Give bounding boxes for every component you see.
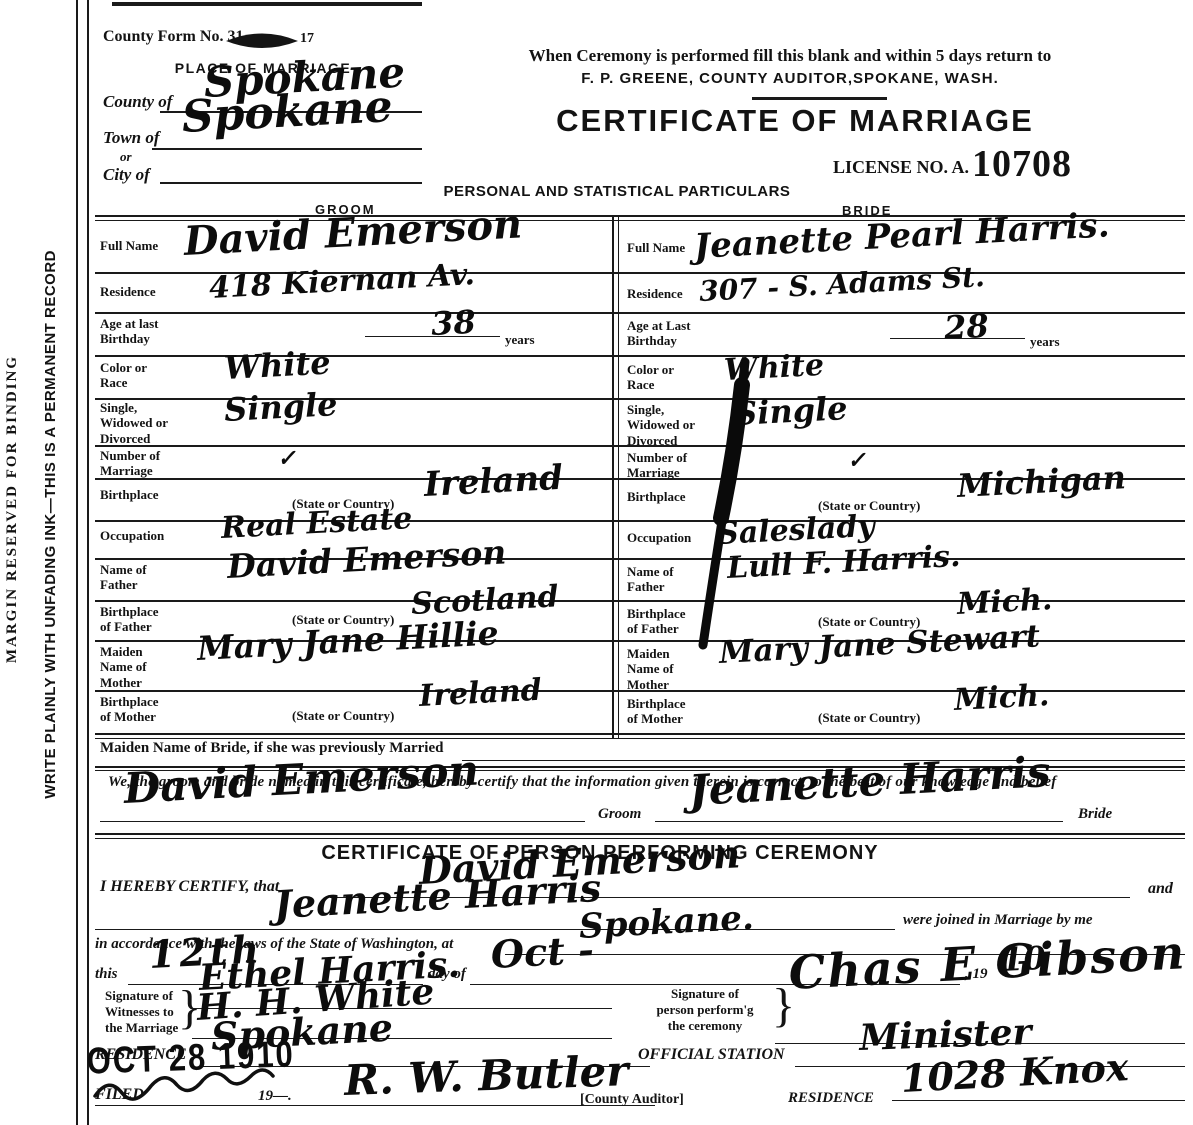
- or-label: or: [120, 149, 132, 165]
- bride-marital-value: Single: [733, 392, 848, 430]
- town-line: [152, 148, 422, 150]
- certificate-title: CERTIFICATE OF MARRIAGE: [545, 103, 1045, 139]
- ceremony-place-value: Spokane.: [578, 901, 754, 944]
- ceremony-bride-name: Jeanette Harris: [273, 869, 602, 924]
- groom-age-label: Age at last Birthday: [100, 316, 172, 347]
- return-instruction: When Ceremony is performed fill this bla…: [490, 46, 1090, 66]
- city-line: [160, 182, 422, 184]
- groom-father-birthplace-label: Birthplace of Father: [100, 604, 172, 635]
- groom-signature-label: Groom: [598, 806, 641, 823]
- section-rule-2a: [95, 833, 1185, 835]
- bride-mother-birthplace-note: (State or Country): [818, 710, 920, 726]
- bride-mother-label: Maiden Name of Mother: [627, 646, 689, 692]
- bride-birthplace-value: Michigan: [956, 461, 1126, 502]
- bride-father-value: Lull F. Harris.: [726, 542, 961, 584]
- bride-age-label: Age at Last Birthday: [627, 318, 699, 349]
- bride-birthplace-label: Birthplace: [627, 489, 699, 504]
- license-number: 10708: [972, 142, 1072, 186]
- groom-race-value: White: [223, 346, 331, 384]
- town-of-value-handwriting: Spokane: [181, 85, 394, 140]
- bride-father-label: Name of Father: [627, 564, 699, 595]
- filed-label: FILED: [95, 1086, 144, 1104]
- groom-birthplace-label: Birthplace: [100, 487, 172, 502]
- bride-marriage-number-label: Number of Marriage: [627, 450, 699, 481]
- performer-label-line1: Signature of: [640, 986, 770, 1001]
- performer-label-line3: the ceremony: [640, 1018, 770, 1033]
- groom-marriage-number-label: Number of Marriage: [100, 448, 172, 479]
- marriage-certificate-scan: MARGIN RESERVED FOR BINDING WRITE PLAINL…: [0, 0, 1193, 1125]
- address-underline: [752, 97, 887, 100]
- groom-mother-birthplace-value: Ireland: [418, 676, 542, 712]
- groom-father-label: Name of Father: [100, 562, 172, 593]
- groom-marital-label: Single, Widowed or Divorced: [100, 400, 172, 446]
- groom-mother-birthplace-label: Birthplace of Mother: [100, 694, 172, 725]
- groom-marriage-number-check: ✓: [277, 447, 297, 470]
- groom-age-value: 38: [430, 306, 476, 340]
- official-station-label: OFFICIAL STATION: [638, 1046, 785, 1064]
- auditor-address: F. P. GREENE, COUNTY AUDITOR,SPOKANE, WA…: [490, 70, 1090, 87]
- bride-age-line: [890, 338, 1025, 339]
- bride-mother-value: Mary Jane Stewart: [718, 621, 1040, 669]
- bride-mother-birthplace-value: Mich.: [953, 681, 1050, 716]
- town-of-label: Town of: [103, 128, 160, 148]
- groom-full-name-label: Full Name: [100, 238, 172, 253]
- filed-date-stamp: OCT 28 1910: [86, 1033, 295, 1083]
- groom-marital-value: Single: [223, 388, 338, 426]
- performer-residence-line: [892, 1100, 1185, 1101]
- groom-mother-value: Mary Jane Hillie: [196, 616, 499, 665]
- bride-father-birthplace-label: Birthplace of Father: [627, 606, 699, 637]
- bride-race-label: Color or Race: [627, 362, 687, 393]
- groom-signature: David Emerson: [123, 749, 480, 810]
- bride-race-value: White: [723, 351, 824, 386]
- groom-age-line: [365, 336, 500, 337]
- groom-mother-label: Maiden Name of Mother: [100, 644, 162, 690]
- joined-label: were joined in Marriage by me: [903, 912, 1093, 929]
- form-number: County Form No. 31: [103, 28, 243, 46]
- groom-full-name-value: David Emerson: [183, 204, 523, 262]
- city-of-label: City of: [103, 165, 150, 185]
- bride-signature-label: Bride: [1078, 806, 1112, 823]
- county-auditor-label: [County Auditor]: [580, 1092, 684, 1108]
- groom-birthplace-value: Ireland: [423, 461, 563, 502]
- margin-ink-warning-text: WRITE PLAINLY WITH UNFADING INK—THIS IS …: [42, 250, 59, 799]
- performer-residence-value: 1028 Knox: [900, 1048, 1129, 1098]
- binding-margin-rule-outer: [76, 0, 78, 1125]
- witness-label-line1: Signature of: [105, 988, 173, 1003]
- groom-years-unit: years: [505, 332, 535, 348]
- filed-line: [95, 1105, 655, 1106]
- this-label: this: [95, 966, 118, 983]
- groom-race-label: Color or Race: [100, 360, 172, 391]
- bride-father-birthplace-value: Mich.: [956, 585, 1053, 620]
- bride-full-name-label: Full Name: [627, 240, 699, 255]
- margin-binding-text: MARGIN RESERVED FOR BINDING: [4, 355, 21, 663]
- performer-label-line2: person perform'g: [640, 1002, 770, 1017]
- bride-residence-label: Residence: [627, 286, 699, 301]
- witness-label-line2: Witnesses to: [105, 1004, 174, 1019]
- bride-marriage-number-check: ✓: [847, 449, 867, 472]
- bride-mother-birthplace-label: Birthplace of Mother: [627, 696, 699, 727]
- table-bottom-rule-1: [95, 733, 1185, 735]
- bride-years-unit: years: [1030, 334, 1060, 350]
- performer-residence-label: RESIDENCE: [788, 1090, 874, 1107]
- groom-occupation-label: Occupation: [100, 528, 172, 543]
- groom-signature-line: [100, 821, 585, 822]
- bride-marital-label: Single, Widowed or Divorced: [627, 402, 699, 448]
- binding-margin-rule-inner: [87, 0, 89, 1125]
- county-of-label: County of: [103, 92, 172, 112]
- particulars-heading: PERSONAL AND STATISTICAL PARTICULARS: [417, 183, 817, 200]
- bride-residence-value: 307 - S. Adams St.: [699, 263, 986, 306]
- column-divider-2: [618, 215, 619, 738]
- witness-label-line3: the Marriage: [105, 1020, 178, 1035]
- stamp-number: 17: [300, 31, 314, 47]
- and-label: and: [1148, 880, 1173, 898]
- groom-residence-label: Residence: [100, 284, 172, 299]
- performer-signature: Chas E Gibson: [788, 929, 1188, 996]
- table-bottom-rule-2: [95, 738, 1185, 739]
- filed-year-label: 19—.: [258, 1088, 292, 1105]
- column-divider-1: [612, 215, 614, 738]
- hereby-certify-label: I HEREBY CERTIFY, that: [100, 878, 279, 896]
- license-label: LICENSE NO. A.: [833, 157, 969, 178]
- groom-residence-value: 418 Kiernan Av.: [208, 260, 475, 304]
- bride-signature-line: [655, 821, 1063, 822]
- month-value: Oct -: [490, 931, 595, 974]
- row-line-2: [95, 312, 1185, 314]
- scan-edge-artifact: [112, 2, 422, 6]
- bride-occupation-label: Occupation: [627, 530, 699, 545]
- groom-mother-birthplace-note: (State or Country): [292, 708, 394, 724]
